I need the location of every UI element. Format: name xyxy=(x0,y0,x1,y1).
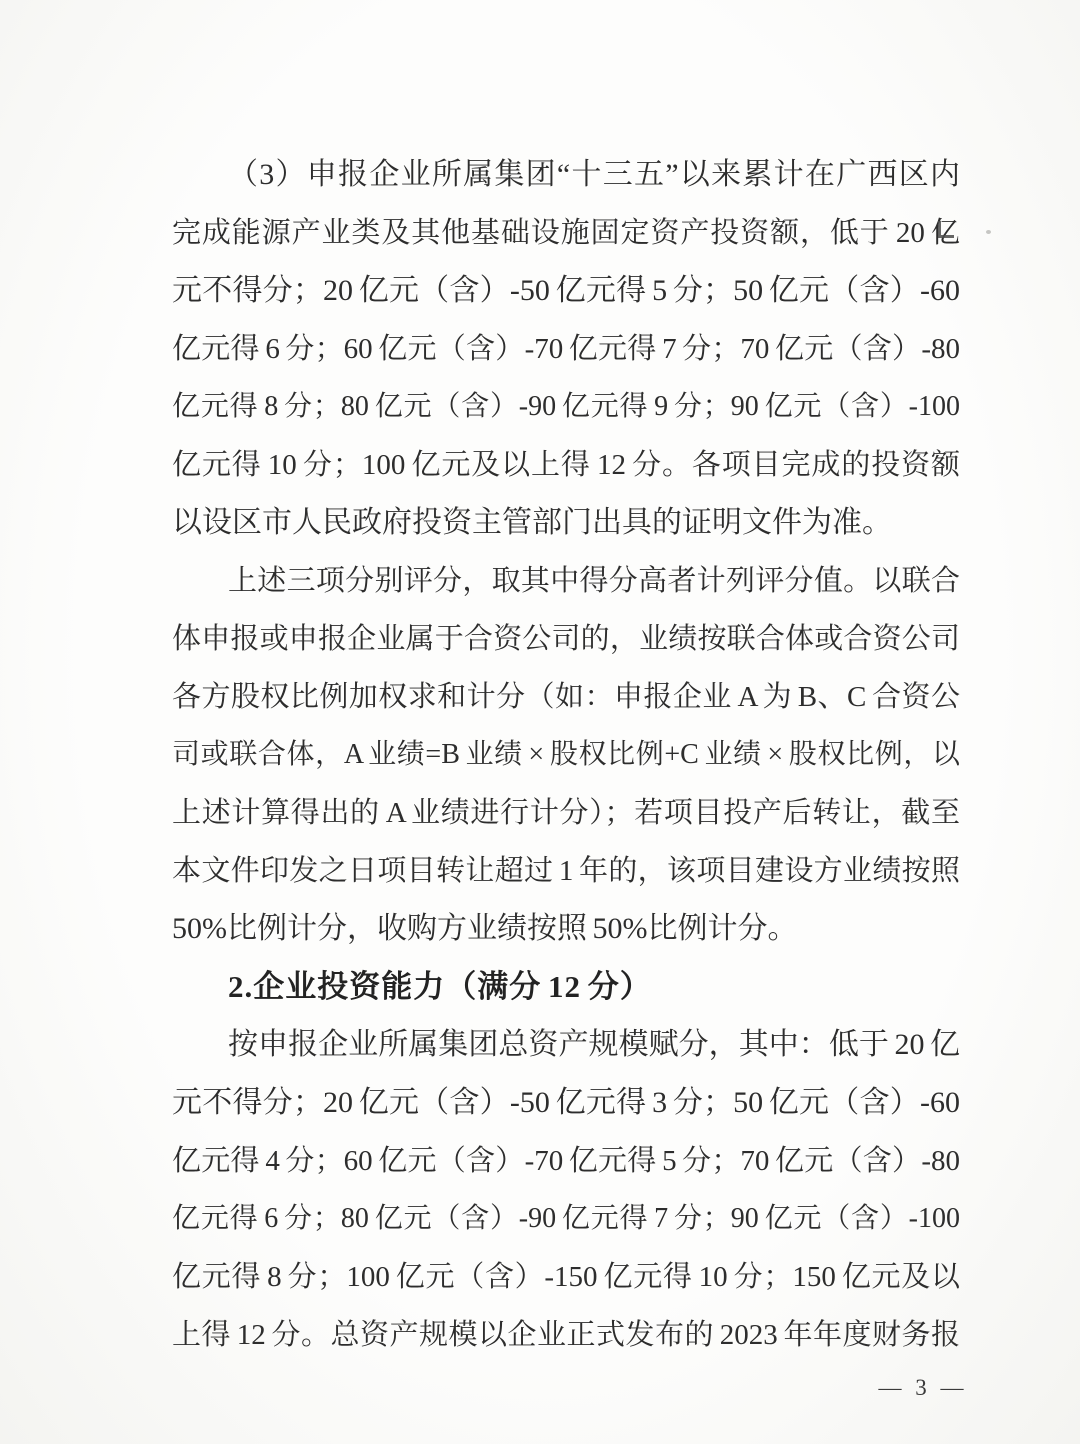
text-line: 亿元得 10 分；100 亿元及以上得 12 分。各项目完成的投资额 xyxy=(172,436,960,494)
text-line: 50%比例计分，收购方业绩按照 50%比例计分。 xyxy=(172,900,960,958)
text-line: 完成能源产业类及其他基础设施固定资产投资额，低于 20 亿 xyxy=(172,204,960,262)
page-number: — 3 — xyxy=(858,1368,988,1408)
text-line: 本文件印发之日项目转让超过 1 年的，该项目建设方业绩按照 xyxy=(172,842,960,900)
text-line: 亿元得 8 分；100 亿元（含）-150 亿元得 10 分；150 亿元及以 xyxy=(172,1248,960,1306)
text-line: 亿元得 4 分；60 亿元（含）-70 亿元得 5 分；70 亿元（含）-80 xyxy=(172,1132,960,1190)
text-line: 元不得分；20 亿元（含）-50 亿元得 3 分；50 亿元（含）-60 xyxy=(172,1074,960,1132)
text-line: 亿元得 6 分；80 亿元（含）-90 亿元得 7 分；90 亿元（含）-100 xyxy=(172,1190,960,1248)
scan-artifact xyxy=(938,221,954,238)
text-line: 上述三项分别评分，取其中得分高者计列评分值。以联合 xyxy=(172,552,960,610)
text-line: 亿元得 6 分；60 亿元（含）-70 亿元得 7 分；70 亿元（含）-80 xyxy=(172,320,960,378)
text-line: 各方股权比例加权求和计分（如：申报企业 A 为 B、C 合资公 xyxy=(172,668,960,726)
document-page: （3）申报企业所属集团“十三五”以来累计在广西区内 完成能源产业类及其他基础设施… xyxy=(0,0,1080,1444)
text-line: 司或联合体，A 业绩=B 业绩 × 股权比例+C 业绩 × 股权比例，以 xyxy=(172,726,960,784)
text-line: 按申报企业所属集团总资产规模赋分，其中：低于 20 亿 xyxy=(172,1016,960,1074)
document-body: （3）申报企业所属集团“十三五”以来累计在广西区内 完成能源产业类及其他基础设施… xyxy=(172,146,960,1364)
section-heading: 2.企业投资能力（满分 12 分） xyxy=(172,958,960,1016)
text-line: （3）申报企业所属集团“十三五”以来累计在广西区内 xyxy=(172,146,960,204)
text-line: 上得 12 分。总资产规模以企业正式发布的 2023 年年度财务报 xyxy=(172,1306,960,1364)
text-line: 亿元得 8 分；80 亿元（含）-90 亿元得 9 分；90 亿元（含）-100 xyxy=(172,378,960,436)
text-line: 体申报或申报企业属于合资公司的，业绩按联合体或合资公司 xyxy=(172,610,960,668)
text-line: 元不得分；20 亿元（含）-50 亿元得 5 分；50 亿元（含）-60 xyxy=(172,262,960,320)
scan-artifact xyxy=(986,230,991,234)
text-line: 以设区市人民政府投资主管部门出具的证明文件为准。 xyxy=(172,494,960,552)
text-line: 上述计算得出的 A 业绩进行计分）；若项目投产后转让，截至 xyxy=(172,784,960,842)
